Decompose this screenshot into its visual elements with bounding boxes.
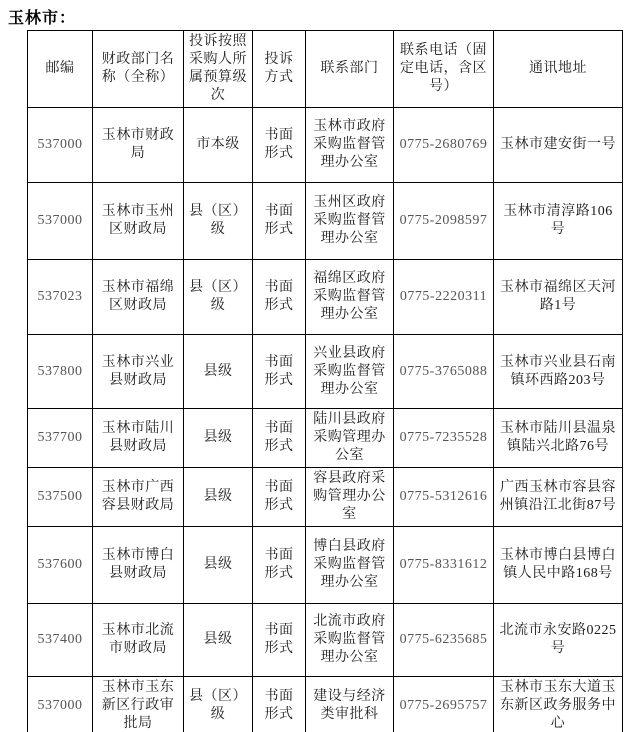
phone-cell: 0775-6235685: [394, 604, 494, 677]
method-cell: 书面形式: [253, 527, 306, 604]
dept-cell: 玉林市兴业县财政局: [93, 335, 184, 409]
zip-cell: 537000: [28, 108, 93, 183]
col-header-level: 投诉按照采购人所属预算级次: [184, 31, 253, 108]
zip-cell: 537000: [28, 183, 93, 260]
phone-cell: 0775-8331612: [394, 527, 494, 604]
method-cell: 书面形式: [253, 108, 306, 183]
level-cell: 市本级: [184, 108, 253, 183]
method-cell: 书面形式: [253, 335, 306, 409]
table-row: 537000 玉林市玉州区财政局 县（区）级 书面形式 玉州区政府采购监督管理办…: [28, 183, 623, 260]
contact-cell: 玉林市政府采购监督管理办公室: [306, 108, 394, 183]
dept-cell: 玉林市陆川县财政局: [93, 409, 184, 468]
address-cell: 玉林市陆川县温泉镇陆兴北路76号: [494, 409, 623, 468]
table-row: 537700 玉林市陆川县财政局 县级 书面形式 陆川县政府采购管理办公室 07…: [28, 409, 623, 468]
contact-cell: 北流市政府采购监督管理办公室: [306, 604, 394, 677]
method-cell: 书面形式: [253, 409, 306, 468]
level-cell: 县（区）级: [184, 260, 253, 335]
level-cell: 县（区）级: [184, 677, 253, 732]
contact-cell: 陆川县政府采购管理办公室: [306, 409, 394, 468]
address-cell: 广西玉林市容县容州镇沿江北街87号: [494, 468, 623, 527]
col-header-address: 通讯地址: [494, 31, 623, 108]
contact-table: 邮编 财政部门名称（全称） 投诉按照采购人所属预算级次 投诉方式 联系部门 联系…: [27, 30, 623, 732]
level-cell: 县级: [184, 468, 253, 527]
zip-cell: 537600: [28, 527, 93, 604]
document-page: 玉林市： 邮编 财政部门名称（全称） 投诉按照采购人所属预算级次 投诉方式 联系…: [0, 0, 642, 732]
page-title: 玉林市：: [8, 5, 76, 28]
zip-cell: 537023: [28, 260, 93, 335]
dept-cell: 玉林市财政局: [93, 108, 184, 183]
level-cell: 县级: [184, 604, 253, 677]
contact-cell: 容县政府采购管理办公室: [306, 468, 394, 527]
phone-cell: 0775-2220311: [394, 260, 494, 335]
col-header-contact: 联系部门: [306, 31, 394, 108]
address-cell: 玉林市清淳路106号: [494, 183, 623, 260]
dept-cell: 玉林市福绵区财政局: [93, 260, 184, 335]
phone-cell: 0775-2680769: [394, 108, 494, 183]
address-cell: 玉林市建安街一号: [494, 108, 623, 183]
address-cell: 玉林市博白县博白镇人民中路168号: [494, 527, 623, 604]
zip-cell: 537000: [28, 677, 93, 732]
address-cell: 玉林市玉东大道玉东新区政务服务中心: [494, 677, 623, 732]
address-cell: 玉林市兴业县石南镇环西路203号: [494, 335, 623, 409]
dept-cell: 玉林市博白县财政局: [93, 527, 184, 604]
contact-cell: 兴业县政府采购监督管理办公室: [306, 335, 394, 409]
contact-cell: 博白县政府采购监督管理办公室: [306, 527, 394, 604]
table-row: 537000 玉林市财政局 市本级 书面形式 玉林市政府采购监督管理办公室 07…: [28, 108, 623, 183]
method-cell: 书面形式: [253, 604, 306, 677]
level-cell: 县级: [184, 409, 253, 468]
method-cell: 书面形式: [253, 260, 306, 335]
level-cell: 县（区）级: [184, 183, 253, 260]
method-cell: 书面形式: [253, 468, 306, 527]
zip-cell: 537700: [28, 409, 93, 468]
address-cell: 北流市永安路0225号: [494, 604, 623, 677]
contact-cell: 福绵区政府采购监督管理办公室: [306, 260, 394, 335]
phone-cell: 0775-7235528: [394, 409, 494, 468]
table-row: 537500 玉林市广西容县财政局 县级 书面形式 容县政府采购管理办公室 07…: [28, 468, 623, 527]
table-row: 537400 玉林市北流市财政局 县级 书面形式 北流市政府采购监督管理办公室 …: [28, 604, 623, 677]
dept-cell: 玉林市广西容县财政局: [93, 468, 184, 527]
level-cell: 县级: [184, 527, 253, 604]
contact-cell: 玉州区政府采购监督管理办公室: [306, 183, 394, 260]
phone-cell: 0775-2695757: [394, 677, 494, 732]
contact-cell: 建设与经济类审批科: [306, 677, 394, 732]
col-header-method: 投诉方式: [253, 31, 306, 108]
col-header-phone: 联系电话（固定电话，含区号）: [394, 31, 494, 108]
level-cell: 县级: [184, 335, 253, 409]
col-header-zip: 邮编: [28, 31, 93, 108]
method-cell: 书面形式: [253, 677, 306, 732]
zip-cell: 537800: [28, 335, 93, 409]
table-header-row: 邮编 财政部门名称（全称） 投诉按照采购人所属预算级次 投诉方式 联系部门 联系…: [28, 31, 623, 108]
phone-cell: 0775-5312616: [394, 468, 494, 527]
phone-cell: 0775-2098597: [394, 183, 494, 260]
table-row: 537800 玉林市兴业县财政局 县级 书面形式 兴业县政府采购监督管理办公室 …: [28, 335, 623, 409]
col-header-dept: 财政部门名称（全称）: [93, 31, 184, 108]
phone-cell: 0775-3765088: [394, 335, 494, 409]
method-cell: 书面形式: [253, 183, 306, 260]
dept-cell: 玉林市北流市财政局: [93, 604, 184, 677]
table-row: 537000 玉林市玉东新区行政审批局 县（区）级 书面形式 建设与经济类审批科…: [28, 677, 623, 732]
zip-cell: 537500: [28, 468, 93, 527]
dept-cell: 玉林市玉东新区行政审批局: [93, 677, 184, 732]
address-cell: 玉林市福绵区天河路1号: [494, 260, 623, 335]
zip-cell: 537400: [28, 604, 93, 677]
table-row: 537023 玉林市福绵区财政局 县（区）级 书面形式 福绵区政府采购监督管理办…: [28, 260, 623, 335]
table-row: 537600 玉林市博白县财政局 县级 书面形式 博白县政府采购监督管理办公室 …: [28, 527, 623, 604]
dept-cell: 玉林市玉州区财政局: [93, 183, 184, 260]
